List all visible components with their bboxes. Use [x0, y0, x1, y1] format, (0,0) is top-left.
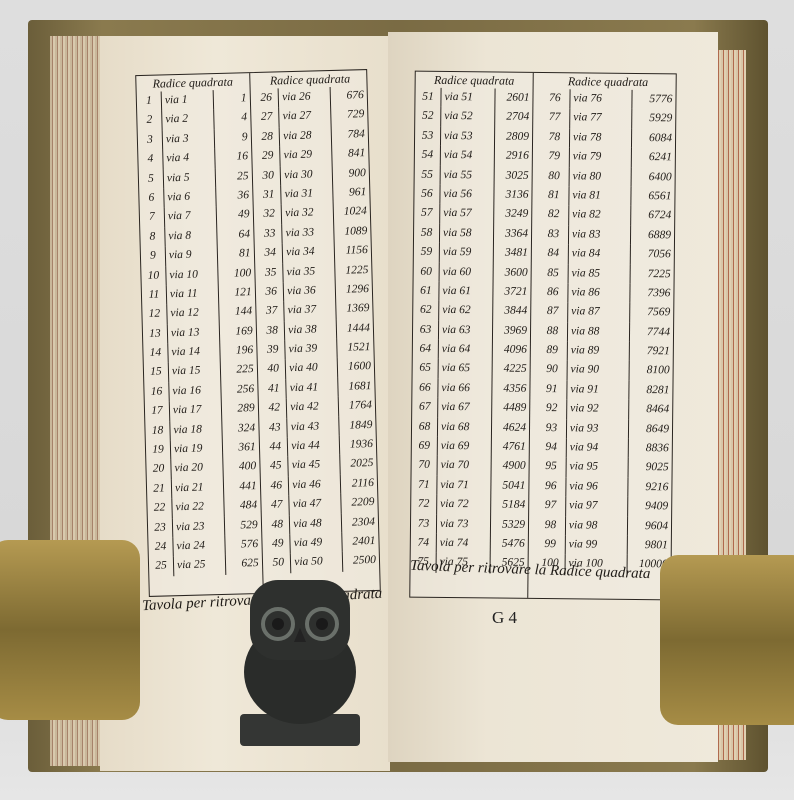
root-number: 99	[536, 535, 566, 555]
root-number: 85	[538, 263, 568, 283]
square-value: 400	[223, 457, 259, 477]
via-label: via 37	[284, 300, 336, 321]
root-number: 60	[414, 262, 440, 282]
square-value: 2116	[341, 474, 377, 494]
root-number: 78	[540, 128, 570, 148]
square-value: 7056	[631, 245, 674, 265]
table-row: 97via 979409	[536, 496, 671, 517]
square-value: 2304	[342, 513, 378, 533]
table-row: 71via 715041	[411, 475, 528, 496]
table-row: 63via 633969	[413, 320, 530, 341]
root-number: 82	[539, 205, 569, 225]
via-label: via 80	[570, 167, 632, 187]
square-value: 1444	[337, 319, 373, 339]
square-value: 784	[332, 125, 368, 145]
root-number: 25	[149, 557, 174, 577]
square-value: 729	[331, 105, 367, 125]
table-row: 79via 796241	[540, 147, 675, 168]
via-label: via 29	[280, 145, 332, 166]
via-label: via 52	[441, 107, 495, 127]
root-number: 16	[144, 382, 169, 402]
root-number: 97	[536, 496, 566, 516]
square-value: 3969	[493, 321, 530, 341]
page-signature: G 4	[492, 608, 517, 628]
square-value: 9801	[628, 536, 671, 556]
square-value: 5776	[633, 90, 676, 110]
square-value: 81	[218, 244, 254, 264]
table-row: 89via 897921	[538, 341, 673, 362]
root-number: 21	[147, 479, 172, 499]
square-value: 1089	[334, 222, 370, 242]
table-row: 74via 745476	[411, 534, 528, 555]
via-label: via 46	[289, 475, 341, 496]
table-row: 86via 867396	[538, 283, 673, 304]
via-label: via 94	[567, 438, 629, 458]
via-label: via 90	[567, 361, 629, 381]
table-row: 57via 573249	[414, 204, 531, 225]
square-value: 1849	[339, 416, 375, 436]
via-label: via 22	[172, 497, 224, 518]
root-number: 19	[146, 440, 171, 460]
root-number: 55	[415, 165, 441, 185]
table-row: 58via 583364	[414, 223, 531, 244]
square-value: 7225	[631, 264, 674, 284]
root-number: 71	[411, 475, 437, 495]
via-label: via 61	[439, 282, 493, 302]
square-value: 144	[219, 302, 255, 322]
root-number: 6	[139, 188, 164, 208]
square-value: 8100	[630, 361, 673, 381]
via-label: via 73	[437, 514, 491, 534]
root-number: 7	[140, 208, 165, 228]
via-label: via 19	[171, 439, 223, 460]
via-label: via 32	[282, 203, 334, 224]
via-label: via 6	[164, 187, 216, 208]
square-value: 4624	[492, 418, 529, 438]
root-number: 24	[148, 537, 173, 557]
via-label: via 83	[569, 225, 631, 245]
root-number: 15	[144, 363, 169, 383]
root-number: 2	[137, 111, 162, 131]
via-label: via 40	[286, 358, 338, 379]
square-value: 8836	[629, 439, 672, 459]
via-label: via 97	[566, 496, 628, 516]
via-label: via 2	[162, 109, 214, 130]
via-label: via 71	[437, 476, 491, 496]
root-number: 44	[263, 437, 288, 457]
via-label: via 36	[284, 281, 336, 302]
via-label: via 68	[438, 418, 492, 438]
via-label: via 23	[173, 517, 225, 538]
square-value: 6561	[632, 187, 675, 207]
via-label: via 96	[566, 477, 628, 497]
square-value: 8464	[629, 400, 672, 420]
table-row: 73via 735329	[411, 514, 528, 535]
via-label: via 70	[438, 456, 492, 476]
via-label: via 42	[287, 397, 339, 418]
square-value: 4096	[493, 341, 530, 361]
square-value: 2025	[340, 454, 376, 474]
square-value: 2601	[495, 88, 532, 108]
square-value: 576	[225, 535, 261, 555]
via-label: via 88	[568, 322, 630, 342]
square-value: 5476	[491, 534, 528, 554]
square-value: 9604	[628, 516, 671, 536]
root-number: 84	[539, 244, 569, 264]
root-number: 63	[413, 320, 439, 340]
via-label: via 66	[438, 379, 492, 399]
root-number: 9	[141, 247, 166, 267]
table-row: 94via 948836	[537, 438, 672, 459]
via-label: via 3	[163, 129, 215, 150]
root-number: 17	[145, 402, 170, 422]
square-value: 1156	[335, 241, 371, 261]
root-number: 32	[257, 205, 282, 225]
root-number: 56	[414, 185, 440, 205]
table-row: 72via 725184	[411, 495, 528, 516]
square-value: 1369	[336, 299, 372, 319]
root-number: 65	[413, 359, 439, 379]
square-value: 6084	[632, 129, 675, 149]
root-number: 22	[147, 499, 172, 519]
via-label: via 30	[281, 165, 333, 186]
via-label: via 15	[169, 361, 221, 382]
root-number: 26	[254, 88, 279, 108]
square-value: 36	[216, 186, 252, 206]
root-number: 12	[142, 305, 167, 325]
square-value: 4761	[492, 438, 529, 458]
via-label: via 1	[162, 90, 214, 111]
table-row: 84via 847056	[539, 244, 674, 265]
root-number: 59	[414, 243, 440, 263]
table-row: 88via 887744	[538, 322, 673, 343]
square-value: 441	[224, 477, 260, 497]
root-number: 62	[413, 301, 439, 321]
root-number: 54	[415, 146, 441, 166]
table-row: 62via 623844	[413, 301, 530, 322]
root-number: 50	[266, 554, 291, 574]
square-value: 8649	[629, 420, 672, 440]
via-label: via 18	[170, 420, 222, 441]
root-number: 57	[414, 204, 440, 224]
root-number: 3	[138, 130, 163, 150]
square-value: 25	[216, 167, 252, 187]
via-label: via 41	[286, 378, 338, 399]
via-label: via 78	[570, 128, 632, 148]
root-number: 68	[412, 417, 438, 437]
root-number: 37	[259, 302, 284, 322]
via-label: via 35	[283, 261, 335, 282]
square-value: 529	[225, 516, 261, 536]
via-label: via 85	[568, 264, 630, 284]
square-value: 169	[220, 322, 256, 342]
via-label: via 69	[438, 437, 492, 457]
root-number: 23	[148, 518, 173, 538]
via-label: via 44	[288, 436, 340, 457]
square-value: 1	[214, 89, 250, 109]
root-number: 35	[258, 263, 283, 283]
root-number: 61	[413, 282, 439, 302]
root-number: 83	[539, 225, 569, 245]
table-row: 59via 593481	[414, 243, 531, 264]
square-value: 1764	[339, 396, 375, 416]
right-square-root-table: Radice quadrata 51via 51260152via 522704…	[409, 71, 677, 601]
square-value: 4356	[492, 379, 529, 399]
via-label: via 53	[441, 127, 495, 147]
root-number: 13	[143, 324, 168, 344]
root-number: 80	[539, 167, 569, 187]
via-label: via 38	[285, 320, 337, 341]
via-label: via 81	[569, 186, 631, 206]
table-row: 70via 704900	[412, 456, 529, 477]
root-number: 88	[538, 322, 568, 342]
root-number: 70	[412, 456, 438, 476]
square-value: 3844	[493, 302, 530, 322]
root-number: 29	[255, 147, 280, 167]
root-number: 47	[265, 495, 290, 515]
square-value: 4900	[491, 457, 528, 477]
table-row: 83via 836889	[539, 225, 674, 246]
root-number: 73	[411, 514, 437, 534]
table-row: 55via 553025	[415, 165, 532, 186]
root-number: 49	[266, 534, 291, 554]
via-label: via 72	[437, 495, 491, 515]
left-square-root-table: Radice quadrata 1via 112via 243via 394vi…	[135, 69, 381, 597]
square-value: 3136	[494, 185, 531, 205]
via-label: via 57	[440, 204, 494, 224]
square-value: 2500	[343, 551, 379, 571]
root-number: 87	[538, 302, 568, 322]
table-row: 66via 664356	[412, 378, 529, 399]
square-value: 9	[215, 128, 251, 148]
via-label: via 62	[439, 301, 493, 321]
table-row: 80via 806400	[539, 167, 674, 188]
table-row: 81via 816561	[539, 186, 674, 207]
root-number: 96	[536, 477, 566, 497]
via-label: via 25	[174, 555, 226, 576]
root-number: 5	[139, 169, 164, 189]
square-value: 5929	[632, 109, 675, 129]
via-label: via 50	[291, 552, 343, 573]
via-label: via 20	[171, 458, 223, 479]
square-value: 676	[331, 86, 367, 106]
square-value: 256	[221, 380, 257, 400]
via-label: via 34	[283, 242, 335, 263]
square-value: 1521	[337, 338, 373, 358]
square-value: 121	[219, 283, 255, 303]
via-label: via 77	[570, 109, 632, 129]
root-number: 4	[138, 150, 163, 170]
square-value: 3721	[493, 282, 530, 302]
root-number: 64	[413, 340, 439, 360]
via-label: via 51	[441, 88, 495, 108]
table-row: 64via 644096	[413, 340, 530, 361]
via-label: via 11	[167, 284, 219, 305]
table-row: 67via 674489	[412, 398, 529, 419]
root-number: 43	[263, 418, 288, 438]
table-column-group-1: Radice quadrata 1via 112via 243via 394vi…	[136, 73, 263, 596]
square-value: 1225	[335, 261, 371, 281]
root-number: 46	[264, 476, 289, 496]
square-value: 9025	[629, 458, 672, 478]
via-label: via 4	[163, 148, 215, 169]
via-label: via 76	[570, 89, 632, 109]
table-row: 51via 512601	[415, 88, 532, 109]
square-value: 484	[224, 496, 260, 516]
square-value: 3364	[494, 224, 531, 244]
via-label: via 60	[440, 262, 494, 282]
root-number: 14	[143, 343, 168, 363]
via-label: via 45	[289, 455, 341, 476]
square-value: 961	[333, 183, 369, 203]
root-number: 58	[414, 223, 440, 243]
root-number: 30	[256, 166, 281, 186]
via-label: via 14	[168, 342, 220, 363]
square-value: 900	[333, 164, 369, 184]
via-label: via 84	[569, 244, 631, 264]
root-number: 10	[141, 266, 166, 286]
root-number: 89	[538, 341, 568, 361]
root-number: 81	[539, 186, 569, 206]
root-number: 79	[540, 147, 570, 167]
table-row: 96via 969216	[536, 477, 671, 498]
square-value: 4489	[492, 399, 529, 419]
via-label: via 58	[440, 224, 494, 244]
root-number: 36	[259, 282, 284, 302]
square-value: 16	[215, 147, 251, 167]
root-number: 90	[537, 360, 567, 380]
square-value: 289	[222, 399, 258, 419]
square-value: 3025	[495, 166, 532, 186]
root-number: 98	[536, 516, 566, 536]
square-value: 2704	[495, 108, 532, 128]
square-value: 2916	[495, 147, 532, 167]
via-label: via 13	[168, 323, 220, 344]
square-value: 9216	[629, 478, 672, 498]
root-number: 93	[537, 419, 567, 439]
square-value: 7396	[631, 284, 674, 304]
square-value: 5184	[491, 496, 528, 516]
via-label: via 65	[439, 359, 493, 379]
column-header: Radice quadrata	[540, 73, 675, 90]
root-number: 38	[260, 321, 285, 341]
square-value: 2401	[343, 532, 379, 552]
square-value: 7569	[630, 303, 673, 323]
via-label: via 21	[172, 478, 224, 499]
root-number: 39	[261, 340, 286, 360]
via-label: via 7	[165, 206, 217, 227]
square-value: 9409	[628, 497, 671, 517]
table-row: 54via 542916	[415, 146, 532, 167]
root-number: 74	[411, 534, 437, 554]
via-label: via 95	[566, 458, 628, 478]
table-row: 85via 857225	[538, 263, 673, 284]
square-value: 1936	[340, 435, 376, 455]
via-label: via 89	[568, 341, 630, 361]
square-value: 3481	[494, 244, 531, 264]
via-label: via 48	[290, 513, 342, 534]
square-value: 2809	[495, 127, 532, 147]
square-value: 1600	[338, 357, 374, 377]
square-value: 64	[217, 225, 253, 245]
table-column-group-1: Radice quadrata 51via 51260152via 522704…	[410, 72, 533, 598]
root-number: 33	[257, 224, 282, 244]
square-value: 6400	[632, 167, 675, 187]
root-number: 53	[415, 126, 441, 146]
square-value: 5041	[491, 476, 528, 496]
right-brass-bookend	[660, 555, 794, 725]
table-row: 50via 502500	[266, 551, 379, 573]
table-column-group-2: Radice quadrata 76via 76577677via 775929…	[535, 73, 676, 599]
via-label: via 17	[170, 400, 222, 421]
via-label: via 43	[288, 417, 340, 438]
root-number: 45	[264, 457, 289, 477]
table-row: 65via 654225	[413, 359, 530, 380]
root-number: 11	[142, 285, 167, 305]
via-label: via 54	[441, 146, 495, 166]
via-label: via 33	[282, 223, 334, 244]
table-row: 61via 613721	[413, 282, 530, 303]
via-label: via 63	[439, 321, 493, 341]
via-label: via 79	[570, 147, 632, 167]
root-number: 86	[538, 283, 568, 303]
square-value: 4225	[492, 360, 529, 380]
square-value: 100	[218, 264, 254, 284]
via-label: via 56	[440, 185, 494, 205]
via-label: via 10	[166, 265, 218, 286]
left-brass-bookend	[0, 540, 140, 720]
table-row: 78via 786084	[540, 128, 675, 149]
via-label: via 5	[164, 168, 216, 189]
root-number: 20	[146, 460, 171, 480]
via-label: via 26	[279, 87, 331, 108]
via-label: via 9	[166, 245, 218, 266]
via-label: via 87	[568, 303, 630, 323]
root-number: 94	[537, 438, 567, 458]
table-column-group-2: Radice quadrata 26via 2667627via 2772928…	[253, 70, 379, 593]
root-number: 66	[412, 378, 438, 398]
via-label: via 92	[567, 400, 629, 420]
via-label: via 47	[290, 494, 342, 515]
table-row: 82via 826724	[539, 205, 674, 226]
square-value: 3249	[494, 205, 531, 225]
table-row: 87via 877569	[538, 302, 673, 323]
via-label: via 16	[169, 381, 221, 402]
square-value: 7921	[630, 342, 673, 362]
square-value: 2209	[342, 493, 378, 513]
root-number: 76	[540, 89, 570, 109]
root-number: 69	[412, 437, 438, 457]
root-number: 8	[140, 227, 165, 247]
via-label: via 27	[279, 106, 331, 127]
via-label: via 98	[566, 516, 628, 536]
via-label: via 99	[566, 535, 628, 555]
square-value: 225	[221, 361, 257, 381]
column-header: Radice quadrata	[416, 72, 533, 89]
root-number: 52	[415, 107, 441, 127]
table-row: 77via 775929	[540, 108, 675, 129]
square-value: 6724	[631, 206, 674, 226]
via-label: via 55	[441, 165, 495, 185]
square-value: 4	[214, 109, 250, 129]
via-label: via 74	[437, 534, 491, 554]
table-row: 76via 765776	[540, 89, 675, 110]
root-number: 48	[265, 515, 290, 535]
table-row: 56via 563136	[414, 185, 531, 206]
square-value: 8281	[630, 381, 673, 401]
table-row: 99via 999801	[536, 535, 671, 556]
table-row: 52via 522704	[415, 107, 532, 128]
